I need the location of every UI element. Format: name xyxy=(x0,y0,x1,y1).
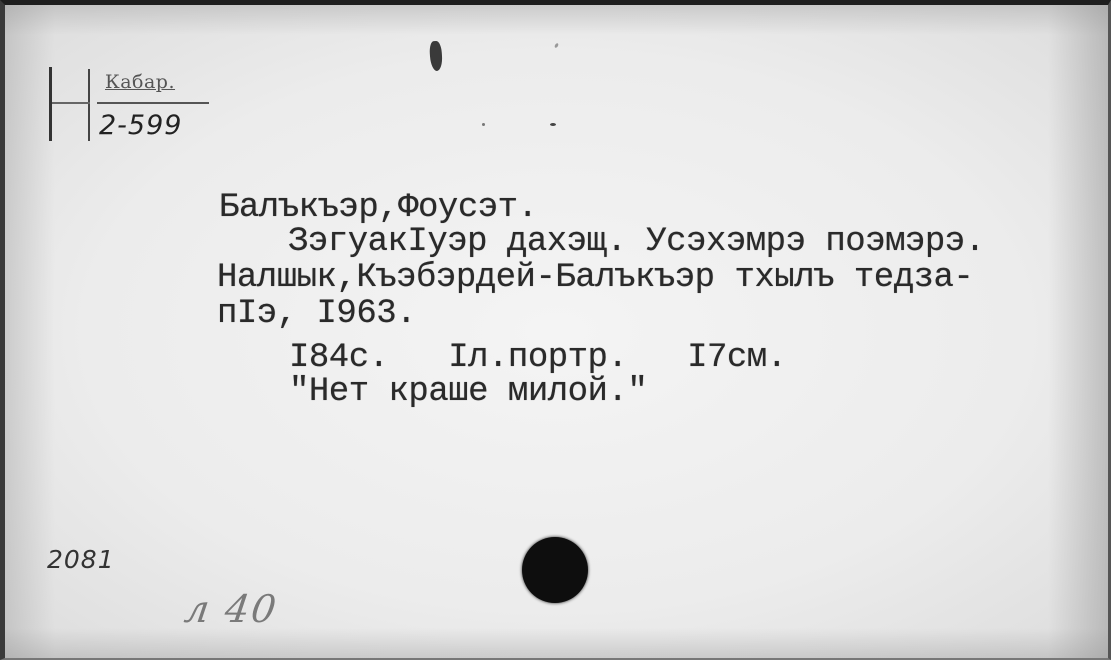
ink-speck xyxy=(554,43,559,49)
entry-publication-line-1: Налшык,Къэбэрдей-Балъкъэр тхылъ тедза- xyxy=(217,259,973,297)
ink-speck xyxy=(482,123,485,126)
shelf-mark-rule-right xyxy=(88,69,90,141)
handwritten-pencil-mark: л 40 xyxy=(182,587,281,631)
shelf-mark-number: 2-599 xyxy=(99,110,182,141)
entry-title: ЗэгуакIуэр дахэщ. Усэхэмрэ поэмэрэ. xyxy=(288,223,985,261)
shelf-mark-divider xyxy=(97,102,209,104)
ink-speck xyxy=(550,123,556,126)
ink-blot-mark xyxy=(429,41,443,72)
shelf-mark-rule-left xyxy=(49,67,52,141)
scan-shading-top xyxy=(5,5,1108,35)
entry-author: Балъкъэр,Фоусэт. xyxy=(219,189,537,227)
scan-shading-bottom xyxy=(5,628,1108,658)
entry-note: "Нет краше милой." xyxy=(289,373,647,411)
handwritten-inventory-number: 2081 xyxy=(47,545,115,574)
shelf-mark-rule-stub xyxy=(52,102,90,104)
entry-publication-line-2: пIэ, I963. xyxy=(217,295,416,333)
shelf-mark-language: Кабар. xyxy=(105,71,175,93)
catalog-card: Кабар. 2-599 Балъкъэр,Фоусэт. ЗэгуакIуэр… xyxy=(0,0,1111,660)
scan-shading-right xyxy=(1048,5,1108,658)
entry-physical-description: I84с. Iл.портр. I7см. xyxy=(289,339,787,377)
punch-hole xyxy=(522,537,588,603)
